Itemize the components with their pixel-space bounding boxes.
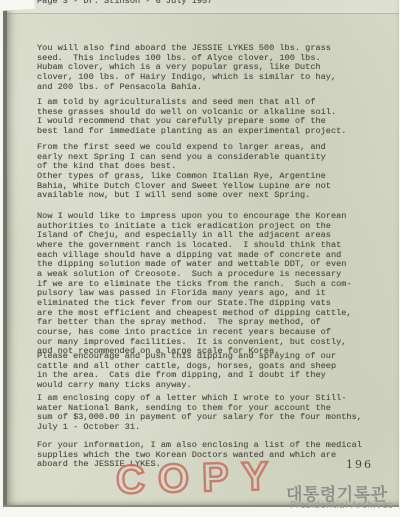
archive-watermark-english: Presidential Archives — [290, 500, 393, 511]
paragraph-soil-recommendation: I am told by agriculturalists and seed m… — [37, 98, 346, 137]
paragraph-grass-seed: You will also find aboard the JESSIE LYK… — [37, 44, 336, 92]
copy-stamp-text: COPY — [115, 454, 281, 502]
page-header-line: Page 3 - Dr. Stinson - 6 July 1957 — [37, 0, 212, 7]
paragraph-expand-areas: From the first seed we could expend to l… — [37, 143, 326, 172]
paragraph-dipping-animals: Please encourage and push this dipping a… — [37, 352, 336, 391]
paragraph-other-grasses: Other types of grass, like Common Italia… — [37, 172, 331, 201]
paragraph-tick-eradication: Now I would like to impress upon you to … — [37, 212, 352, 357]
scan-left-edge — [3, 0, 7, 506]
archive-page-number: 196 — [346, 458, 373, 471]
scanned-letter-page: Page 3 - Dr. Stinson - 6 July 1957 You w… — [0, 0, 400, 517]
copy-stamp: COPY — [111, 447, 302, 508]
paragraph-bank-salary: I am enclosing copy of a letter which I … — [37, 394, 362, 433]
